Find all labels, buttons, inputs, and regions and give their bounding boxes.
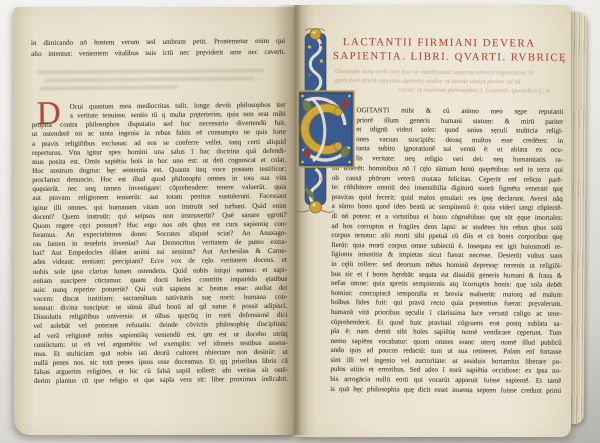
showthrough-ghost-lines xyxy=(37,69,275,99)
initial-c-block xyxy=(298,91,354,167)
title-line-1: LACTANTII FIRMIANI DEVERA xyxy=(343,36,567,51)
title-line-2: SAPIENTIA. LIBRI. QVARTI. RVBRICĘ xyxy=(333,49,567,64)
text-line: alio intentus: venientem vitalibus suis … xyxy=(31,46,285,59)
right-page-indented-lines: OGITANTI mihi & cū animo meo sępe reputa… xyxy=(356,106,563,165)
illuminated-border-and-initial-c xyxy=(295,27,357,215)
faded-rubric-lines: Quomodo uanę uerbi mei Iesu se manifesta… xyxy=(335,67,560,96)
chapter-rubric-title: LACTANTII FIRMIANI DEVERA SAPIENTIA. LIB… xyxy=(333,36,568,65)
left-page-top-lines: in dimicando nō hostem verum sed umbram … xyxy=(31,36,285,59)
text-line: causā: et malorum philosophia J. Laurent… xyxy=(399,86,559,96)
text-line: is quā hęc philosophia quę dicit esset i… xyxy=(330,385,561,396)
manuscript-photo: in dimicando nō hostem verum sed umbram … xyxy=(0,0,600,443)
gold-finial-top xyxy=(310,29,321,40)
left-page-paragraph: Ocui quantum mea mediocritas tulit. long… xyxy=(32,101,288,387)
right-page-paragraph: tio tenerēt: hominibus nō ī cęlo sūmum b… xyxy=(330,164,563,396)
gold-finial-bottom xyxy=(310,201,322,213)
left-page-text-column: in dimicando nō hostem verum sed umbram … xyxy=(31,36,285,59)
